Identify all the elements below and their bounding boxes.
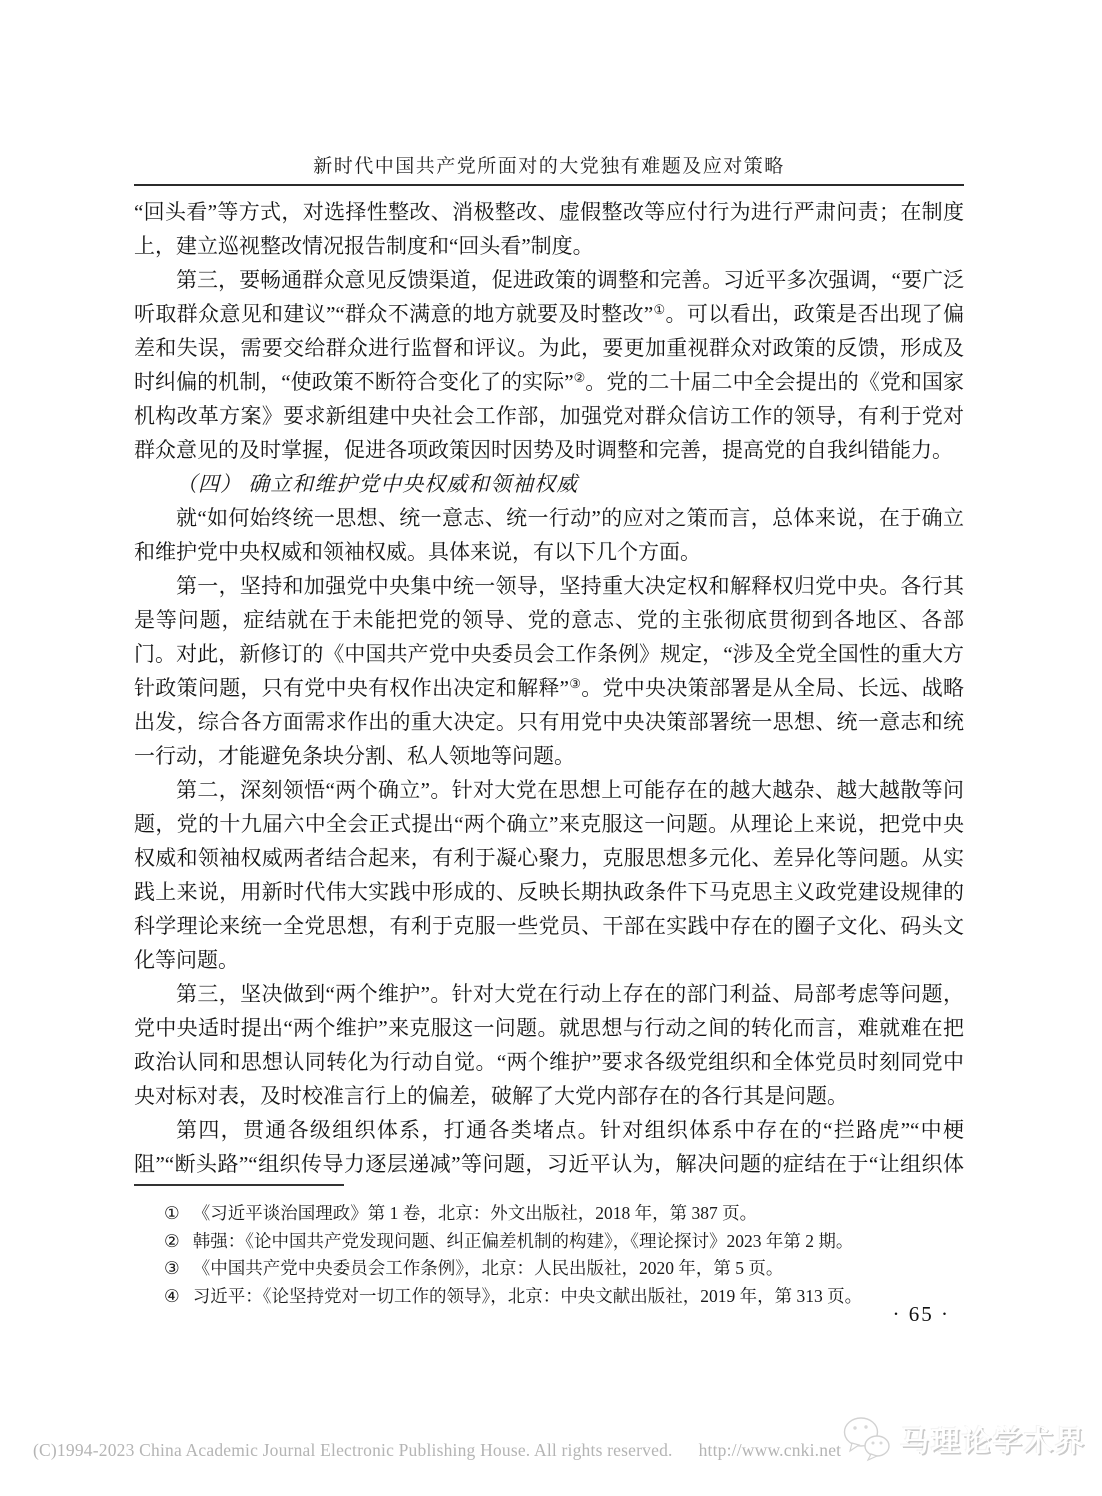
text-segment: 就“如何始终统一思想、统一意志、统一行动”的应对之策而言，总体来说，在于确立和维… [134, 506, 964, 564]
article-body: “回头看”等方式，对选择性整改、消极整改、虚假整改等应付行为进行严肃问责；在制度… [134, 195, 964, 1185]
footnote-item: ②韩强：《论中国共产党发现问题、纠正偏差机制的构建》，《理论探讨》2023 年第… [134, 1228, 964, 1256]
footnote-text: 韩强：《论中国共产党发现问题、纠正偏差机制的构建》，《理论探讨》2023 年第 … [193, 1231, 854, 1251]
wechat-icon [840, 1412, 894, 1466]
footnote-text: 《习近平谈治国理政》第 1 卷，北京：外文出版社，2018 年，第 387 页。 [193, 1203, 757, 1223]
text-segment: 第三，坚决做到“两个维护”。针对大党在行动上存在的部门利益、局部考虑等问题，党中… [134, 982, 964, 1108]
footnote-item: ①《习近平谈治国理政》第 1 卷，北京：外文出版社，2018 年，第 387 页… [134, 1200, 964, 1228]
page-number: · 65 · [134, 1302, 964, 1327]
footnote-text: 《中国共产党中央委员会工作条例》，北京：人民出版社，2020 年，第 5 页。 [193, 1258, 784, 1278]
footnote-number: ③ [164, 1258, 180, 1278]
text-segment: 第二，深刻领悟“两个确立”。针对大党在思想上可能存在的越大越杂、越大越散等问题，… [134, 778, 964, 972]
footnote-item: ③《中国共产党中央委员会工作条例》，北京：人民出版社，2020 年，第 5 页。 [134, 1255, 964, 1283]
copyright-text: (C)1994-2023 China Academic Journal Elec… [33, 1440, 673, 1460]
header-divider [134, 184, 964, 186]
footnote-number: ② [164, 1231, 180, 1251]
body-paragraph: 第四，贯通各级组织体系，打通各类堵点。针对组织体系中存在的“拦路虎”“中梗阻”“… [134, 1113, 964, 1185]
body-paragraph: “回头看”等方式，对选择性整改、消极整改、虚假整改等应付行为进行严肃问责；在制度… [134, 195, 964, 263]
text-segment: “回头看”等方式，对选择性整改、消极整改、虚假整改等应付行为进行严肃问责；在制度… [134, 200, 964, 258]
footnote-ref: ① [653, 302, 665, 317]
footnotes: ①《习近平谈治国理政》第 1 卷，北京：外文出版社，2018 年，第 387 页… [134, 1200, 964, 1310]
watermark-label: 马理论学术界 [900, 1419, 1086, 1460]
body-paragraph: 第二，深刻领悟“两个确立”。针对大党在思想上可能存在的越大越杂、越大越散等问题，… [134, 773, 964, 977]
section-subheading: （四） 确立和维护党中央权威和领袖权威 [134, 467, 964, 501]
body-paragraph: 第三，要畅通群众意见反馈渠道，促进政策的调整和完善。习近平多次强调，“要广泛听取… [134, 263, 964, 467]
footnote-ref: ③ [569, 676, 581, 691]
watermark: 马理论学术界 [840, 1412, 1086, 1466]
footnote-ref: ② [574, 370, 586, 385]
document-page: 新时代中国共产党所面对的大党独有难题及应对策略 “回头看”等方式，对选择性整改、… [0, 0, 1102, 1496]
footnote-divider [134, 1184, 344, 1186]
text-segment: （四） 确立和维护党中央权威和领袖权威 [176, 472, 578, 496]
text-segment: 第四，贯通各级组织体系，打通各类堵点。针对组织体系中存在的“拦路虎”“中梗阻”“… [134, 1118, 964, 1185]
body-paragraph: 第三，坚决做到“两个维护”。针对大党在行动上存在的部门利益、局部考虑等问题，党中… [134, 977, 964, 1113]
running-head-title: 新时代中国共产党所面对的大党独有难题及应对策略 [134, 151, 964, 178]
body-paragraph: 第一，坚持和加强党中央集中统一领导，坚持重大决定权和解释权归党中央。各行其是等问… [134, 569, 964, 773]
body-paragraph: 就“如何始终统一思想、统一意志、统一行动”的应对之策而言，总体来说，在于确立和维… [134, 501, 964, 569]
footer-url: http://www.cnki.net [699, 1440, 842, 1460]
footnote-number: ① [164, 1203, 180, 1223]
